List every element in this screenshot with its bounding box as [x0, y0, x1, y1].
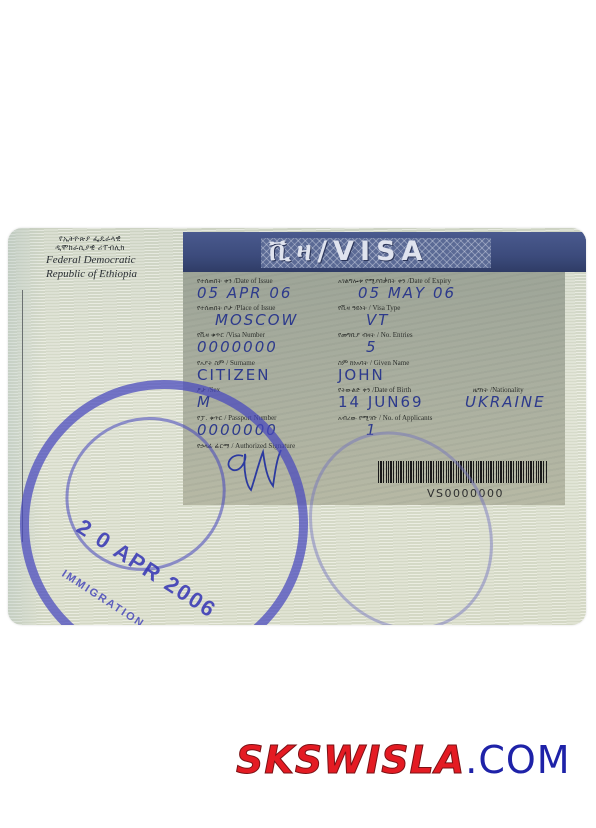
field-date-of-expiry: አገልግሎቱ የሚያበቃበት ቀን/Date of Expiry 05 MAY … — [338, 277, 456, 301]
field-date-of-issue: የተሰጠበት ቀን/Date of Issue 05 APR 06 — [197, 277, 292, 301]
visa-document: የኢትዮጵያ ፌዴራላዊ ዲሞክራሲያዊ ሪፐብሊክ Federal Democ… — [8, 228, 586, 625]
issuer-english-line1: Federal Democratic — [46, 254, 200, 266]
field-surname: የአያት ስም/ Surname CITIZEN — [197, 359, 270, 383]
field-place-of-issue: የተሰጠበት ቦታ/Place of Issue MOSCOW — [197, 304, 298, 328]
value: 05 APR 06 — [197, 286, 292, 301]
field-nationality: ዜግነት/Nationality UKRAINE — [473, 386, 546, 410]
label-amharic: የቪዛ ዓይነት — [338, 304, 367, 312]
value: 5 — [366, 340, 413, 355]
field-visa-type: የቪዛ ዓይነት/ Visa Type VT — [338, 304, 400, 328]
issuer-amharic-line1: የኢትዮጵያ ፌዴራላዊ — [30, 234, 150, 243]
visa-banner: ቪዛ/VISA — [183, 232, 586, 272]
issuer-english-line2: Republic of Ethiopia — [46, 268, 200, 280]
visa-title: ቪዛ/VISA — [269, 236, 428, 268]
field-visa-number: የቪዛ ቁጥር/Visa Number 0000000 — [197, 331, 278, 355]
issuer-block: የኢትዮጵያ ፌዴራላዊ ዲሞክራሲያዊ ሪፐብሊክ Federal Democ… — [30, 234, 200, 280]
value: VT — [366, 313, 400, 328]
value: JOHN — [338, 368, 409, 383]
watermark-part1: SKSWISLA — [236, 738, 465, 782]
field-no-entries: የመግቢያ ብዛት/ No. Entries 5 — [338, 331, 413, 355]
value: 0000000 — [197, 340, 278, 355]
watermark-logo: SKSWISLA.COM — [236, 738, 571, 782]
field-date-of-birth: የትውልድ ቀን/Date of Birth 14 JUN69 — [338, 386, 424, 410]
field-given-name: ስም ከነአባት/ Given Name JOHN — [338, 359, 409, 383]
value: UKRAINE — [465, 395, 546, 410]
issuer-amharic-line2: ዲሞክራሲያዊ ሪፐብሊክ — [30, 243, 150, 252]
label: / No. Entries — [377, 331, 413, 339]
value: 05 MAY 06 — [358, 286, 456, 301]
value: MOSCOW — [215, 313, 298, 328]
value: 14 JUN69 — [338, 395, 424, 410]
label: / No. of Applicants — [379, 414, 432, 422]
value: CITIZEN — [197, 368, 270, 383]
watermark-part2: .COM — [465, 738, 570, 782]
